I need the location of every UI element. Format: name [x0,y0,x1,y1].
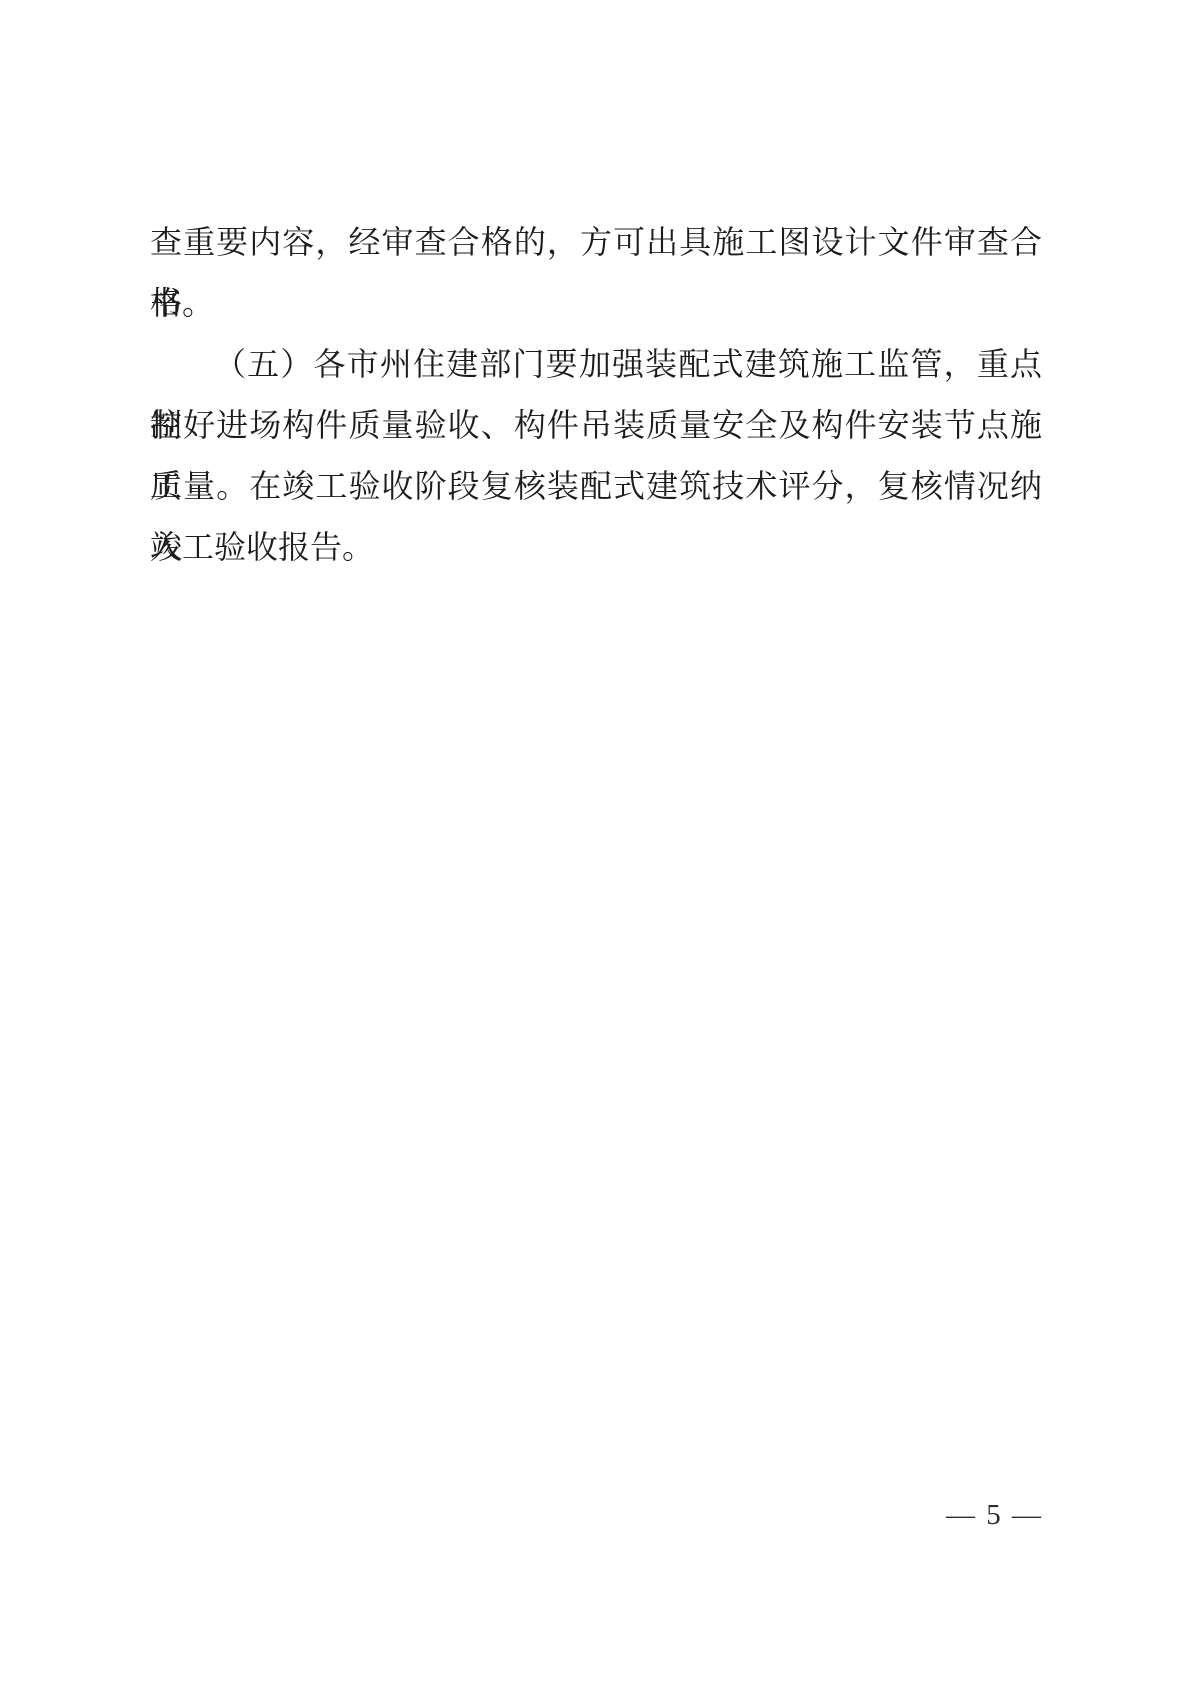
text-line: 质量。在竣工验收阶段复核装配式建筑技术评分，复核情况纳入 [150,456,1042,517]
text-line: 查重要内容，经审查合格的，方可出具施工图设计文件审查合格 [150,212,1042,273]
text-line: 竣工验收报告。 [150,517,1042,578]
text-line: （五）各市州住建部门要加强装配式建筑施工监管，重点控 [150,334,1042,395]
document-body: 查重要内容，经审查合格的，方可出具施工图设计文件审查合格书。（五）各市州住建部门… [150,212,1042,578]
document-page: 查重要内容，经审查合格的，方可出具施工图设计文件审查合格书。（五）各市州住建部门… [0,0,1190,1683]
text-line: 制好进场构件质量验收、构件吊装质量安全及构件安装节点施工 [150,395,1042,456]
text-line: 书。 [150,273,1042,334]
page-number: — 5 — [946,1499,1043,1531]
page-footer: — 5 — [946,1498,1043,1532]
